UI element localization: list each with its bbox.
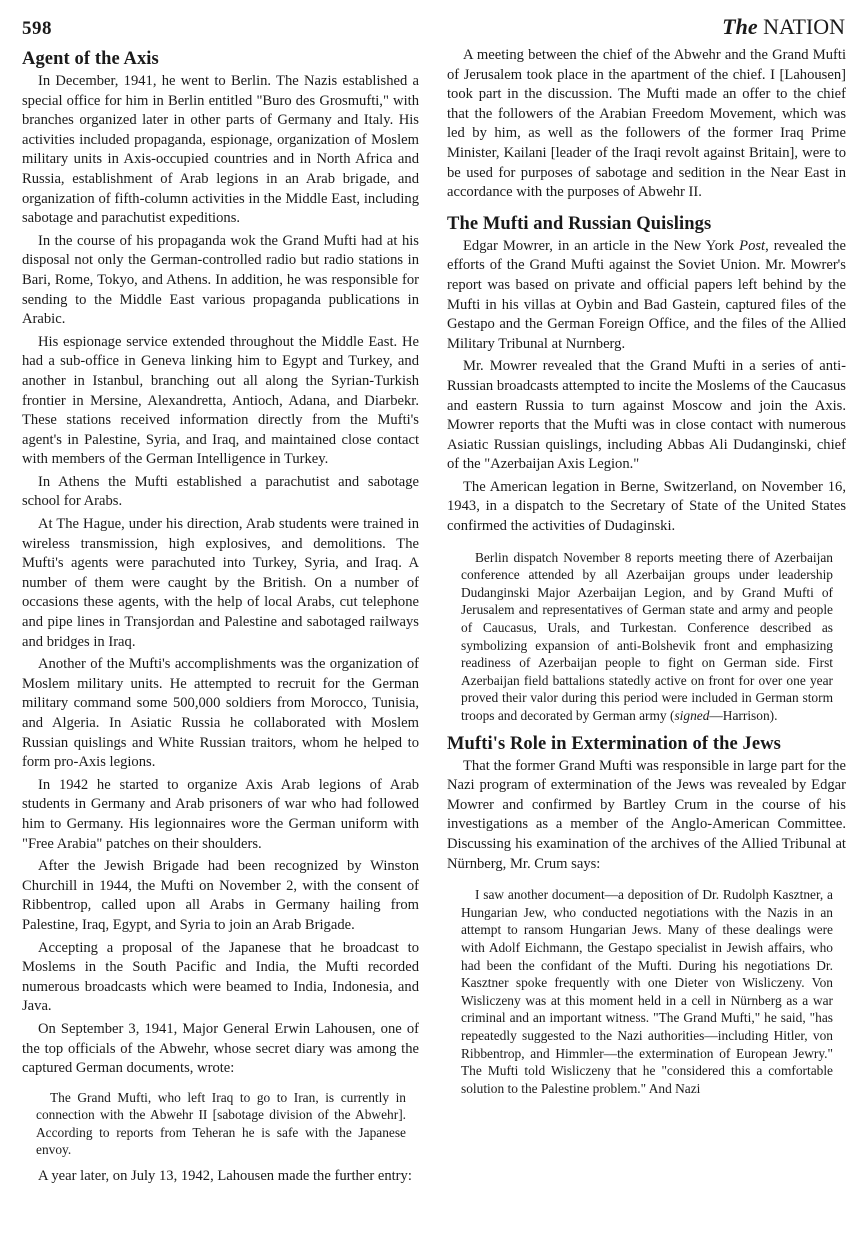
newspaper-title: Post xyxy=(739,238,765,254)
paragraph: On September 3, 1941, Major General Erwi… xyxy=(22,1020,419,1079)
paragraph: Another of the Mufti's accomplishments w… xyxy=(22,655,419,773)
block-quote-lahousen-diary: The Grand Mufti, who left Iraq to go to … xyxy=(36,1089,406,1159)
quote-text: Berlin dispatch November 8 reports meeti… xyxy=(461,549,833,725)
section-heading-extermination: Mufti's Role in Extermination of the Jew… xyxy=(447,733,846,756)
masthead-prefix: The xyxy=(722,14,757,39)
paragraph: Accepting a proposal of the Japanese tha… xyxy=(22,939,419,1017)
page-number: 598 xyxy=(22,18,52,40)
left-column: Agent of the Axis In December, 1941, he … xyxy=(22,46,419,1190)
paragraph: The American legation in Berne, Switzerl… xyxy=(447,478,846,537)
paragraph: After the Jewish Brigade had been recogn… xyxy=(22,857,419,935)
paragraph: Edgar Mowrer, in an article in the New Y… xyxy=(447,237,846,355)
paragraph: That the former Grand Mufti was responsi… xyxy=(447,757,846,875)
paragraph: Mr. Mowrer revealed that the Grand Mufti… xyxy=(447,357,846,475)
block-quote-berlin-dispatch: Berlin dispatch November 8 reports meeti… xyxy=(461,549,833,725)
paragraph: A year later, on July 13, 1942, Lahousen… xyxy=(22,1167,419,1187)
continued-quote: A meeting between the chief of the Abweh… xyxy=(447,46,846,203)
masthead-name: NATION xyxy=(763,14,845,39)
publication-masthead: The NATION xyxy=(722,14,845,40)
paragraph: At The Hague, under his direction, Arab … xyxy=(22,515,419,652)
text: —Harrison). xyxy=(709,708,777,723)
right-column: A meeting between the chief of the Abweh… xyxy=(447,46,846,1105)
block-quote-crum: I saw another document—a deposition of D… xyxy=(461,886,833,1097)
text: , revealed the efforts of the Grand Muft… xyxy=(447,238,846,352)
text: Berlin dispatch November 8 reports meeti… xyxy=(461,550,833,723)
paragraph: In Athens the Mufti established a parach… xyxy=(22,473,419,512)
quote-text: I saw another document—a deposition of D… xyxy=(461,886,833,1097)
paragraph: In December, 1941, he went to Berlin. Th… xyxy=(22,72,419,229)
section-heading-agent-of-the-axis: Agent of the Axis xyxy=(22,48,419,71)
text: Edgar Mowrer, in an article in the New Y… xyxy=(463,238,739,254)
section-heading-russian-quislings: The Mufti and Russian Quislings xyxy=(447,213,846,236)
quote-text: The Grand Mufti, who left Iraq to go to … xyxy=(36,1089,406,1159)
signed-label: signed xyxy=(674,708,709,723)
paragraph: His espionage service extended throughou… xyxy=(22,333,419,470)
paragraph: In the course of his propaganda wok the … xyxy=(22,232,419,330)
paragraph: In 1942 he started to organize Axis Arab… xyxy=(22,776,419,854)
